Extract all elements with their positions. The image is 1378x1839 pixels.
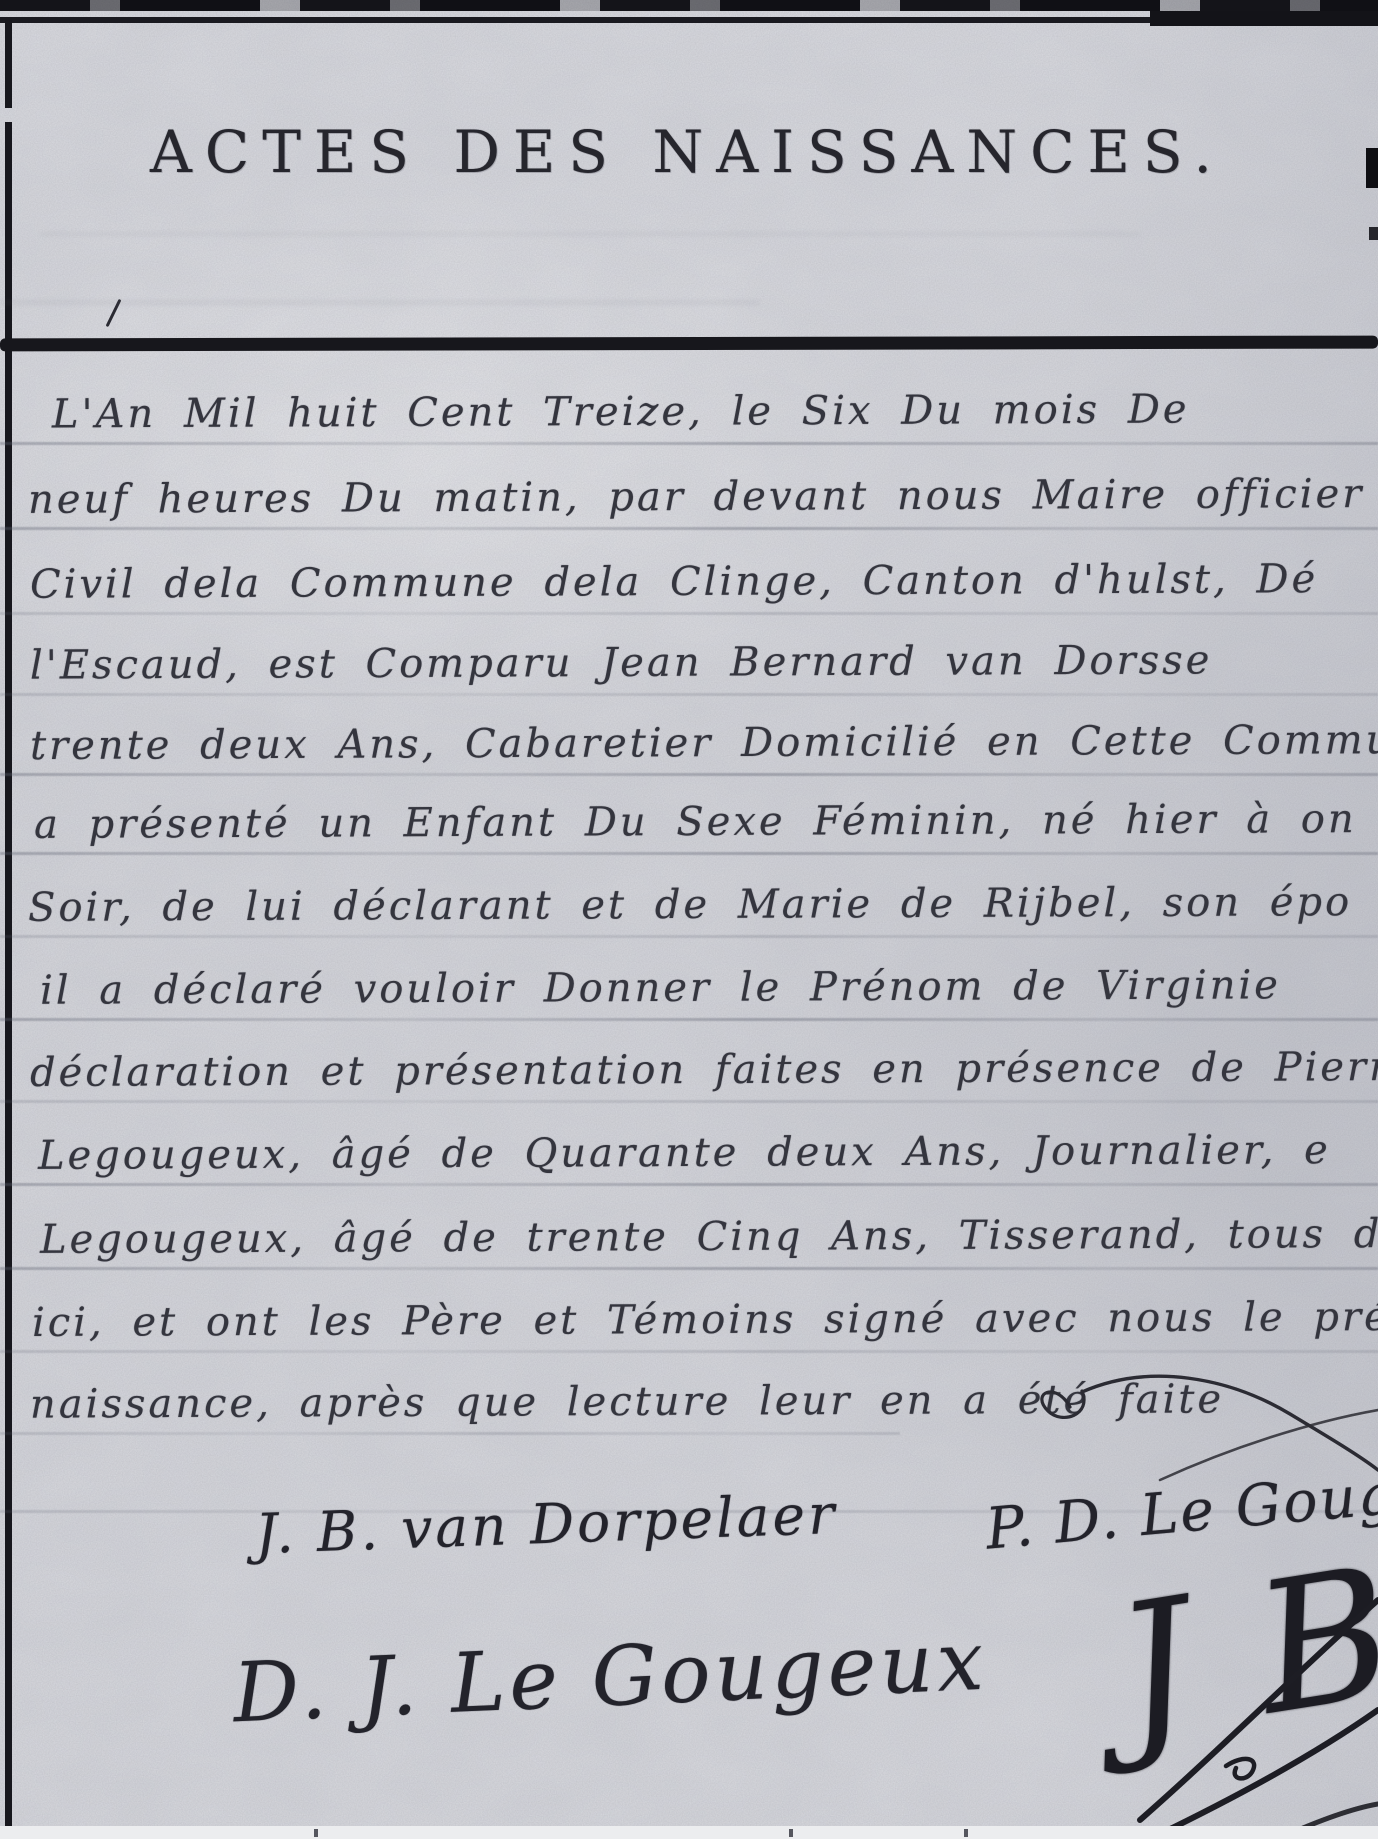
baseline-rule bbox=[0, 1267, 1378, 1270]
baseline-rule bbox=[0, 1183, 1378, 1186]
act-line-13: naissance, après que lecture leur en a é… bbox=[30, 1376, 1224, 1427]
act-line-11: Legougeux, âgé de trente Cinq Ans, Tisse… bbox=[40, 1211, 1378, 1263]
act-line-5: trente deux Ans, Cabaretier Domicilié en… bbox=[30, 717, 1378, 769]
signature-van-dorpelaer: J. B. van Dorpelaer bbox=[254, 1482, 838, 1566]
left-border-upper bbox=[5, 20, 12, 108]
signature-d-j-le-gougeux: D. J. Le Gougeux bbox=[231, 1614, 989, 1742]
act-line-8: il a déclaré vouloir Donner le Prénom de… bbox=[40, 962, 1281, 1013]
act-line-1: L'An Mil huit Cent Treize, le Six Du moi… bbox=[52, 387, 1190, 438]
act-line-6: a présenté un Enfant Du Sexe Féminin, né… bbox=[34, 796, 1357, 848]
act-line-2: neuf heures Du matin, par devant nous Ma… bbox=[28, 471, 1365, 523]
baseline-rule bbox=[0, 852, 1378, 855]
baseline-rule bbox=[0, 935, 1378, 938]
top-border-right-segment bbox=[1150, 11, 1378, 26]
left-border-lower bbox=[5, 122, 12, 1839]
right-edge-mark bbox=[1366, 148, 1378, 188]
baseline-rule bbox=[0, 1018, 1378, 1021]
baseline-rule bbox=[0, 442, 1378, 445]
scan-smudge bbox=[0, 300, 760, 305]
act-line-12: ici, et ont les Père et Témoins signé av… bbox=[32, 1294, 1378, 1346]
scan-edge-tick bbox=[964, 1829, 968, 1837]
act-line-3: Civil dela Commune dela Clinge, Canton d… bbox=[30, 556, 1318, 608]
scan-edge-strip bbox=[0, 1826, 1378, 1839]
baseline-rule bbox=[0, 1100, 1378, 1103]
scan-smudge bbox=[40, 232, 1140, 236]
baseline-rule bbox=[0, 612, 1378, 615]
birth-record-scan: ACTES DES NAISSANCES. L'An Mil huit Cent… bbox=[0, 0, 1378, 1839]
baseline-rule bbox=[0, 527, 1378, 530]
baseline-rule bbox=[0, 693, 1378, 696]
top-border-ragged bbox=[0, 0, 1378, 11]
section-divider-rule bbox=[0, 336, 1378, 352]
scan-edge-tick bbox=[789, 1829, 793, 1837]
baseline-rule bbox=[0, 1350, 1378, 1353]
baseline-rule bbox=[0, 773, 1378, 776]
right-edge-mark-small bbox=[1369, 227, 1378, 240]
act-line-4: l'Escaud, est Comparu Jean Bernard van D… bbox=[30, 637, 1213, 688]
scan-edge-tick bbox=[314, 1829, 318, 1837]
page-title: ACTES DES NAISSANCES. bbox=[150, 118, 1225, 186]
signature-large-paraph: J B bbox=[1103, 1527, 1378, 1777]
act-line-9: déclaration et présentation faites en pr… bbox=[30, 1044, 1378, 1096]
baseline-rule bbox=[0, 1432, 900, 1435]
act-line-7: Soir, de lui déclarant et de Marie de Ri… bbox=[28, 879, 1352, 931]
act-line-10: Legougeux, âgé de Quarante deux Ans, Jou… bbox=[38, 1127, 1331, 1179]
